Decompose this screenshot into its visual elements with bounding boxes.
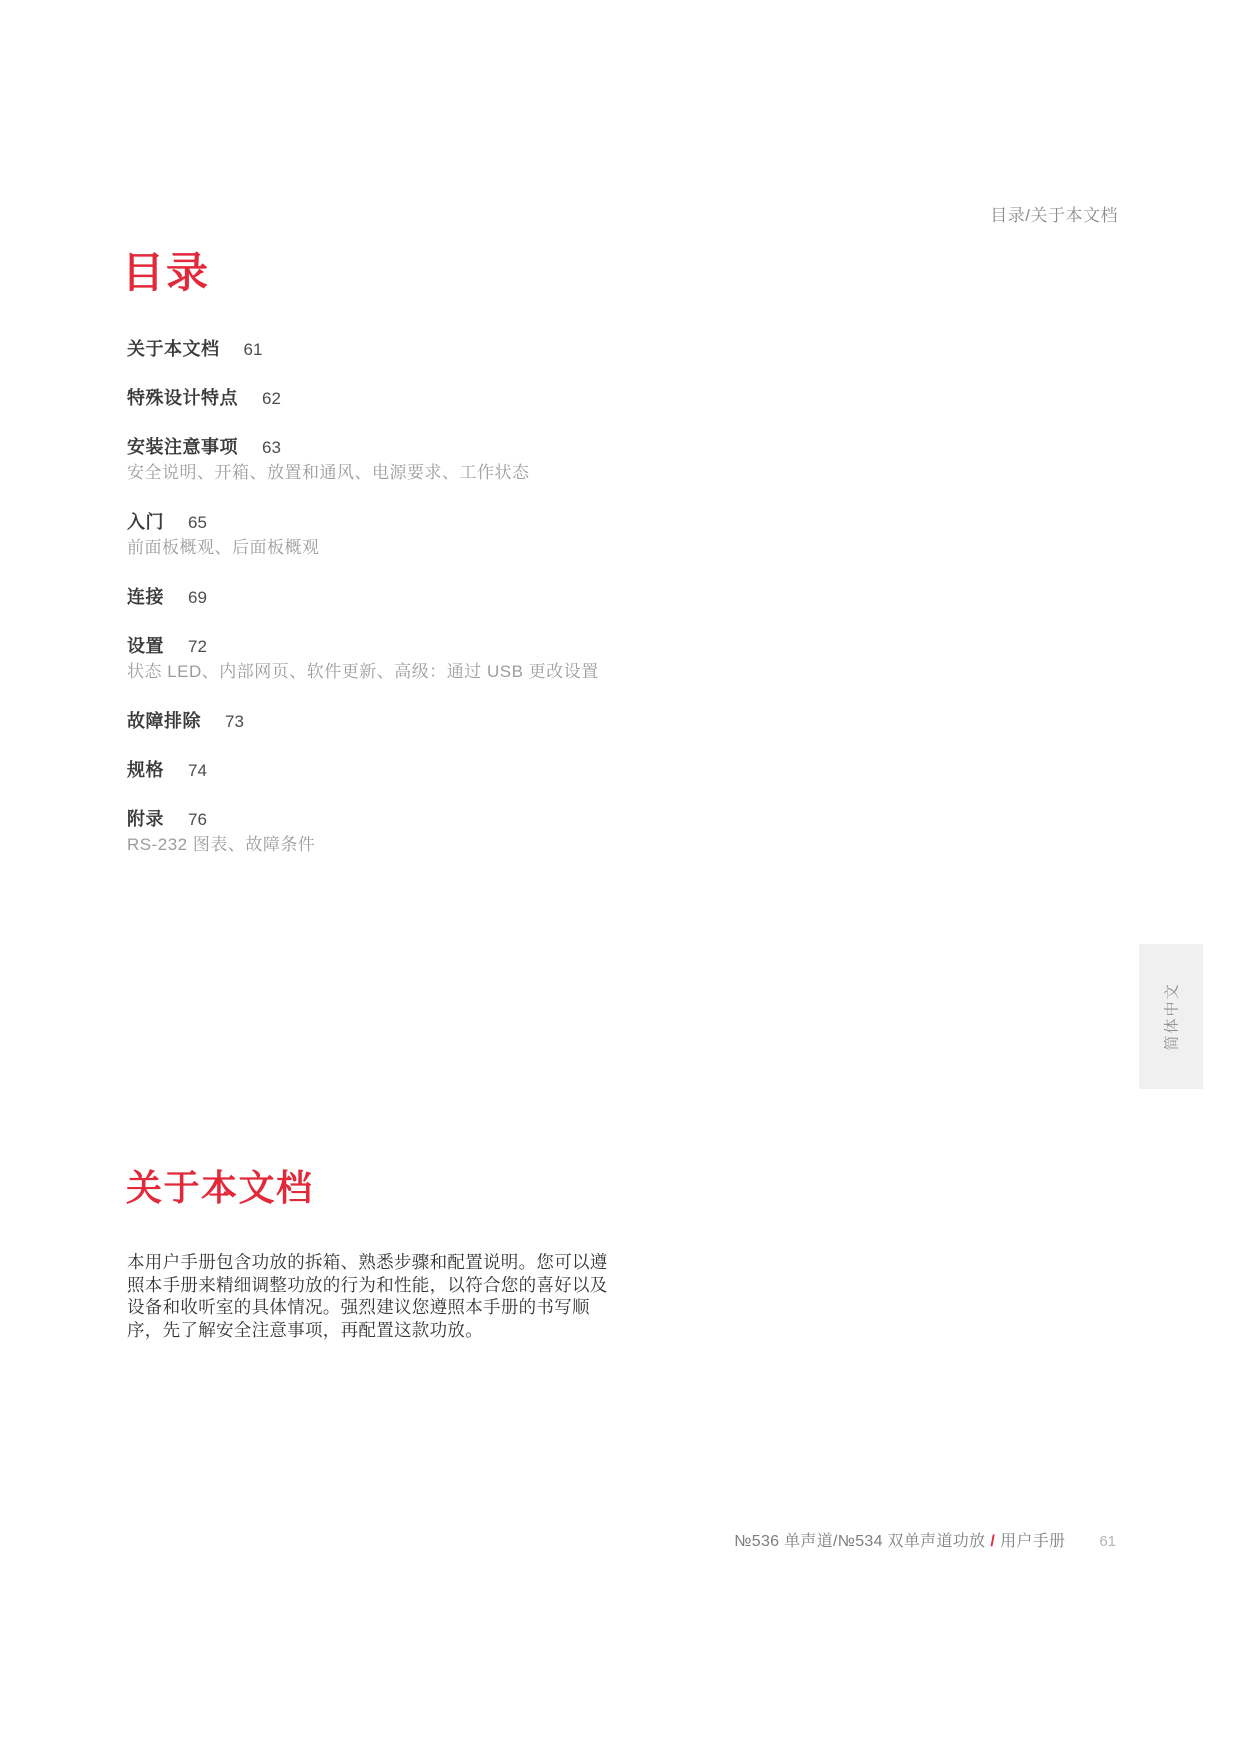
toc-entry[interactable]: 关于本文档 61: [127, 340, 687, 359]
toc-entry-label: 入门: [127, 513, 164, 531]
paragraph-line: 照本手册来精细调整功放的行为和性能，以符合您的喜好以及: [127, 1274, 607, 1297]
toc-entry-page-number: 61: [244, 341, 263, 359]
toc-entry[interactable]: 特殊设计特点 62: [127, 389, 687, 408]
toc-entry-page-number: 72: [188, 638, 207, 656]
toc-entry-label: 关于本文档: [127, 340, 220, 358]
paragraph-line: 设备和收听室的具体情况。强烈建议您遵照本手册的书写顺: [127, 1296, 607, 1319]
toc-entry-label: 连接: [127, 588, 164, 606]
paragraph-line: 本用户手册包含功放的拆箱、熟悉步骤和配置说明。您可以遵: [127, 1251, 607, 1274]
toc-entry-page-number: 76: [188, 811, 207, 829]
toc-entry-label: 规格: [127, 761, 164, 779]
language-tab-label: 简体中文: [1161, 982, 1182, 1050]
toc-entry[interactable]: 规格 74: [127, 761, 687, 780]
toc-entry-page-number: 69: [188, 589, 207, 607]
page-footer: №536 单声道/№534 双单声道功放/用户手册 61: [734, 1528, 1116, 1551]
about-paragraph: 本用户手册包含功放的拆箱、熟悉步骤和配置说明。您可以遵 照本手册来精细调整功放的…: [127, 1251, 607, 1341]
toc-entry-label: 特殊设计特点: [127, 389, 238, 407]
toc-list: 关于本文档 61 特殊设计特点 62 安装注意事项 63 安全说明、开箱、放置和…: [127, 340, 687, 885]
toc-entry-subtitle: RS-232 图表、故障条件: [127, 834, 687, 855]
toc-entry[interactable]: 连接 69: [127, 588, 687, 607]
footer-separator: /: [985, 1533, 1000, 1550]
toc-entry-label: 设置: [127, 637, 164, 655]
about-section-title: 关于本文档: [126, 1167, 314, 1208]
toc-entry[interactable]: 安装注意事项 63 安全说明、开箱、放置和通风、电源要求、工作状态: [127, 438, 687, 483]
toc-title: 目录: [122, 250, 210, 296]
paragraph-line: 序，先了解安全注意事项，再配置这款功放。: [127, 1319, 607, 1342]
toc-entry-subtitle: 状态 LED、内部网页、软件更新、高级：通过 USB 更改设置: [127, 661, 687, 682]
footer-page-number: 61: [1099, 1533, 1116, 1550]
toc-entry[interactable]: 故障排除 73: [127, 712, 687, 731]
toc-entry-subtitle: 前面板概观、后面板概观: [127, 537, 687, 558]
toc-entry[interactable]: 入门 65 前面板概观、后面板概观: [127, 513, 687, 558]
toc-entry-page-number: 74: [188, 762, 207, 780]
footer-product-line: №536 单声道/№534 双单声道功放/用户手册: [734, 1528, 1065, 1551]
footer-product: №536 单声道/№534 双单声道功放: [734, 1533, 985, 1550]
toc-entry-label: 附录: [127, 810, 164, 828]
toc-entry[interactable]: 设置 72 状态 LED、内部网页、软件更新、高级：通过 USB 更改设置: [127, 637, 687, 682]
toc-entry-subtitle: 安全说明、开箱、放置和通风、电源要求、工作状态: [127, 462, 687, 483]
toc-entry-page-number: 62: [262, 390, 281, 408]
toc-entry-page-number: 63: [262, 439, 281, 457]
manual-page: 目录/关于本文档 目录 关于本文档 61 特殊设计特点 62 安装注意事项 63…: [0, 0, 1241, 1754]
toc-entry-page-number: 73: [225, 713, 244, 731]
toc-entry-page-number: 65: [188, 514, 207, 532]
toc-entry-label: 安装注意事项: [127, 438, 238, 456]
footer-doc-type: 用户手册: [1000, 1533, 1065, 1550]
toc-entry[interactable]: 附录 76 RS-232 图表、故障条件: [127, 810, 687, 855]
breadcrumb: 目录/关于本文档: [990, 201, 1118, 226]
toc-entry-label: 故障排除: [127, 712, 201, 730]
language-tab: 简体中文: [1139, 944, 1203, 1089]
